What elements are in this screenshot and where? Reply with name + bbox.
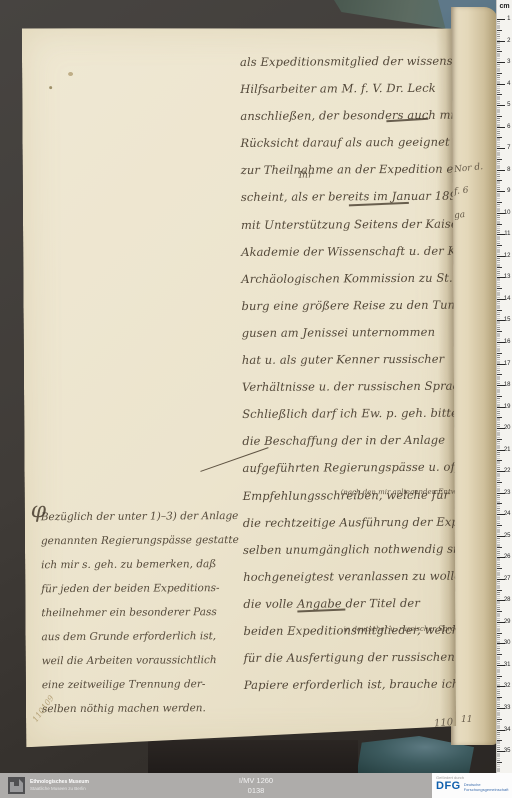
handwriting-line: Archäologischen Kommission zu St. Peters… [241, 264, 473, 293]
handwriting-line: weil die Arbeiten voraussichtlich [42, 648, 250, 673]
main-text-column: als Expeditionsmitglied der wissenschftl… [240, 48, 476, 700]
handwriting-line: Akademie der Wissenschaft u. der Kais. [241, 237, 473, 266]
interline-insertion: Ihr [299, 171, 313, 181]
paper-stain [49, 86, 52, 89]
handwriting-line: eine zeitweilige Trennung der- [42, 672, 250, 697]
edge-fragment: Nor d. [454, 161, 495, 175]
archive-info-bar: Ethnologisches Museum Staatliche Museen … [0, 773, 512, 798]
handwriting-line: die Beschaffung der in der Anlage [242, 427, 474, 456]
handwriting-line: burg eine größere Reise zu den Tun- [241, 291, 473, 320]
handwriting-line: als Expeditionsmitglied der wissenschftl… [240, 48, 472, 77]
margin-text-column: Bezüglich der unter 1)–3) der Anlagegena… [41, 504, 250, 721]
interline-insertion: in deutscher u. russischer Sprache [343, 625, 467, 634]
handwriting-line: mit Unterstützung Seitens der Kaiserl. [241, 210, 473, 239]
backdrop-shadow-patch [148, 740, 358, 773]
handwriting-line: anschließen, der besonders auch mit [240, 102, 472, 131]
adjacent-page-edge: Nor d.f. 6ga 11 [451, 7, 498, 745]
handwriting-line: Rücksicht darauf als auch geeignet [240, 129, 472, 158]
paper-stain [68, 72, 73, 76]
funding-block: Gefördert durch DFG Deutsche Forschungsg… [432, 773, 512, 798]
ruler-marks: 1234567891011121314151617181920212223242… [497, 19, 512, 773]
handwriting-line: die rechtzeitige Ausführung der Exp. [243, 508, 475, 537]
handwriting-line: Verhältnisse u. der russischen Sprache g… [242, 373, 474, 402]
ruler-mark: 35 [497, 751, 512, 773]
handwriting-line: ich mir s. geh. zu bemerken, daß [41, 552, 249, 577]
adjacent-page-number: 11 [461, 715, 472, 725]
handwriting-line: zur Theilnahme an der Expedition er- [241, 156, 473, 185]
handwriting-line: Schließlich darf ich Ew. p. geh. bitten, [242, 400, 474, 429]
photo-backdrop: Nor d.f. 6ga 11 als Expeditionsmitglied … [0, 0, 512, 798]
ruler: cm 1234567891011121314151617181920212223… [496, 0, 512, 773]
dfg-logo: DFG [436, 781, 461, 792]
edge-fragment: f. 6 [454, 183, 495, 197]
manuscript-page: als Expeditionsmitglied der wissenschftl… [22, 26, 456, 748]
handwriting-line: Papiere erforderlich ist, brauche ich [244, 671, 476, 700]
handwriting-line: für die Ausfertigung der russischen [244, 644, 476, 673]
handwriting-line: aufgeführten Regierungspässe u. offenen [242, 454, 474, 483]
handwriting-line: aus dem Grunde erforderlich ist, [41, 624, 249, 649]
ruler-unit-label: cm [497, 3, 512, 10]
handwriting-line: hat u. als guter Kenner russischer [242, 346, 474, 375]
handwriting-line: scheint, als er bereits im Januar 1897 [241, 183, 473, 212]
handwriting-line: Bezüglich der unter 1)–3) der Anlage [41, 504, 249, 529]
handwriting-line: die volle Angabe der Titel der [243, 589, 475, 618]
edge-fragment: ga [454, 207, 495, 221]
handwriting-line: selben nöthig machen werden. [42, 696, 250, 721]
funding-org-name: Forschungsgemeinschaft [464, 787, 509, 792]
handwriting-line: genannten Regierungspässe gestatte [41, 528, 249, 553]
handwriting-line: theilnehmer ein besonderer Pass [41, 600, 249, 625]
handwriting-line: selben unumgänglich nothwendig sind, [243, 535, 475, 564]
handwriting-line: Hilfsarbeiter am M. f. V. Dr. Leck [240, 75, 472, 104]
handwriting-line: gusen am Jenissei unternommen [242, 319, 474, 348]
handwriting-line: für jeden der beiden Expeditions- [41, 576, 249, 601]
handwriting-line: hochgeneigtest veranlassen zu wollen. [243, 562, 475, 591]
